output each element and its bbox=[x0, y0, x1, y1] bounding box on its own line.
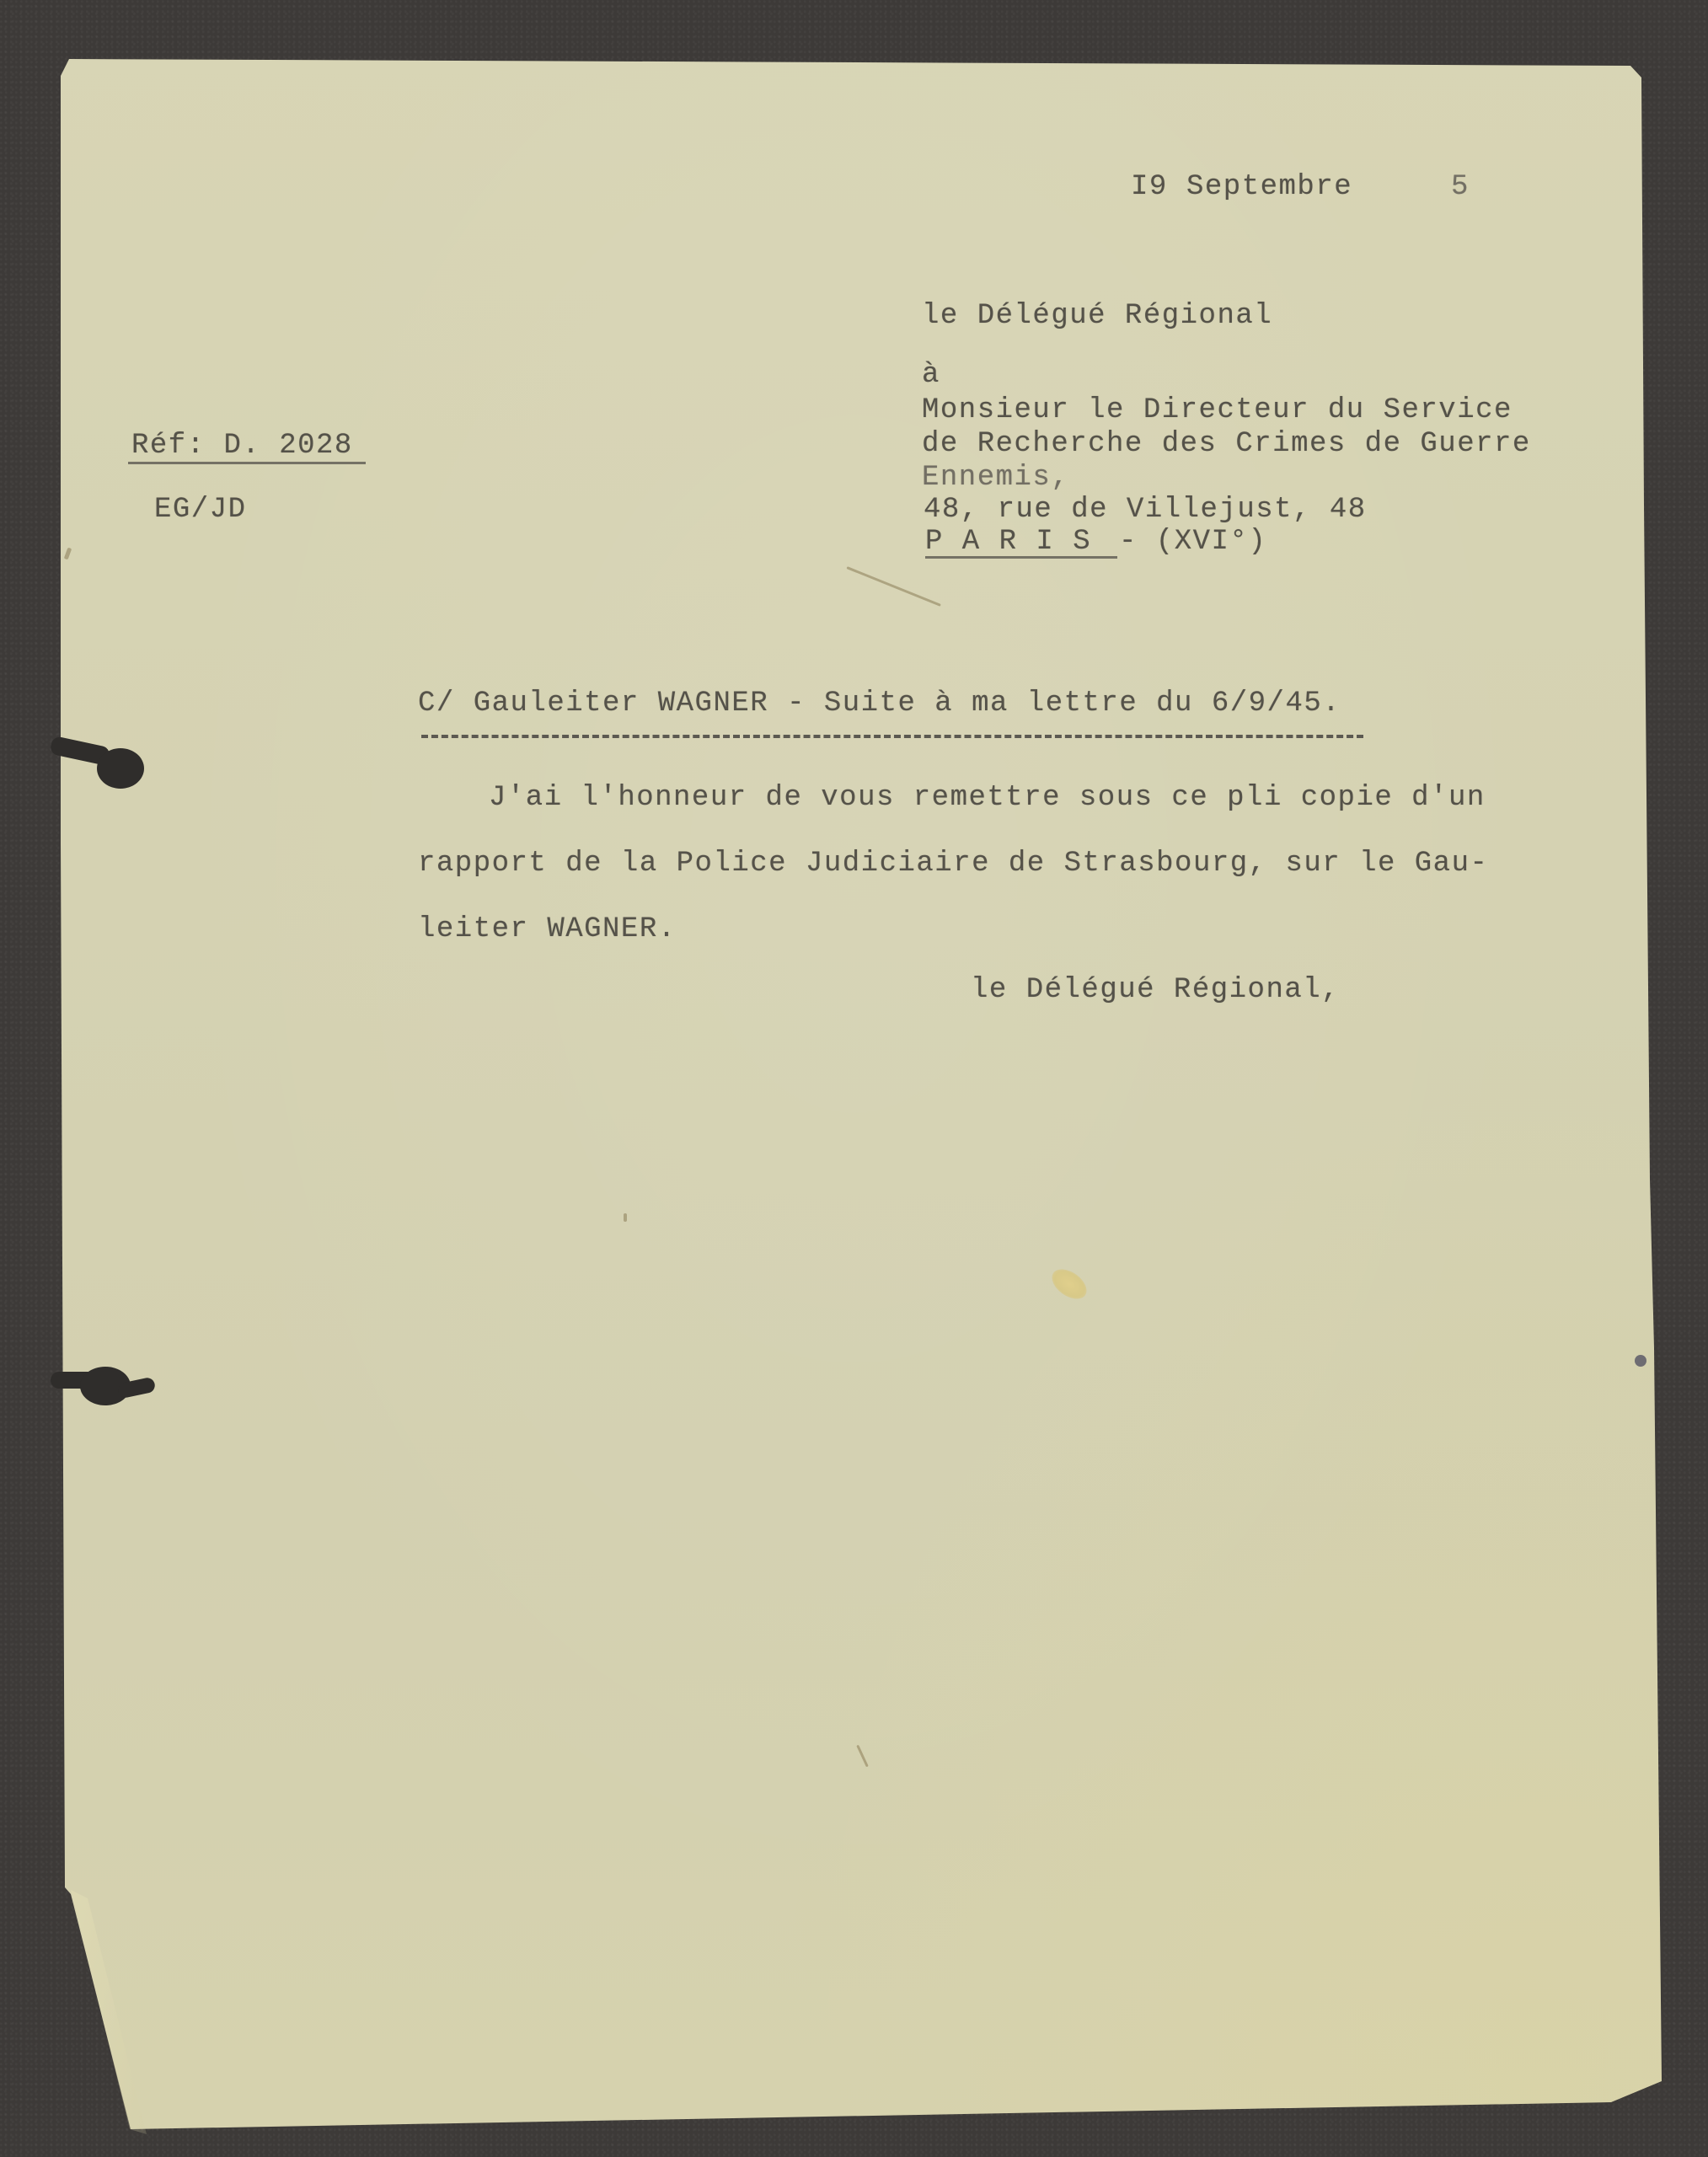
subject-underline bbox=[421, 735, 1363, 738]
recipient-city: P A R I S bbox=[925, 527, 1091, 556]
body-line-3: leiter WAGNER. bbox=[418, 915, 677, 944]
signature-line: le Délégué Régional, bbox=[971, 976, 1340, 1004]
paper-shading bbox=[0, 0, 1708, 2157]
recipient-district: - (XVI°) bbox=[1119, 527, 1266, 556]
recipient-line-1: Monsieur le Directeur du Service bbox=[922, 396, 1513, 425]
paper-speck bbox=[624, 1213, 627, 1222]
subject-line: C/ Gauleiter WAGNER - Suite à ma lettre … bbox=[418, 689, 1341, 718]
reference-underline bbox=[128, 462, 366, 464]
body-line-1: J'ai l'honneur de vous remettre sous ce … bbox=[489, 784, 1486, 812]
recipient-prefix: à bbox=[922, 361, 940, 389]
recipient-line-2: de Recherche des Crimes de Guerre bbox=[922, 430, 1531, 458]
date-month: Septembre bbox=[1186, 173, 1352, 201]
date-year-fragment: 5 bbox=[1451, 173, 1470, 201]
sender-line: le Délégué Régional bbox=[922, 302, 1272, 330]
city-underline bbox=[925, 556, 1117, 559]
reference-initials: EG/JD bbox=[154, 495, 247, 524]
date-day: I9 bbox=[1131, 173, 1168, 201]
recipient-line-3: Ennemis, bbox=[922, 463, 1069, 492]
reference-number: Réf: D. 2028 bbox=[131, 431, 353, 460]
paper-speck bbox=[1635, 1355, 1646, 1367]
body-line-2: rapport de la Police Judiciaire de Stras… bbox=[418, 849, 1488, 878]
paper-sheet bbox=[0, 0, 1708, 2157]
recipient-line-4: 48, rue de Villejust, 48 bbox=[924, 495, 1367, 524]
